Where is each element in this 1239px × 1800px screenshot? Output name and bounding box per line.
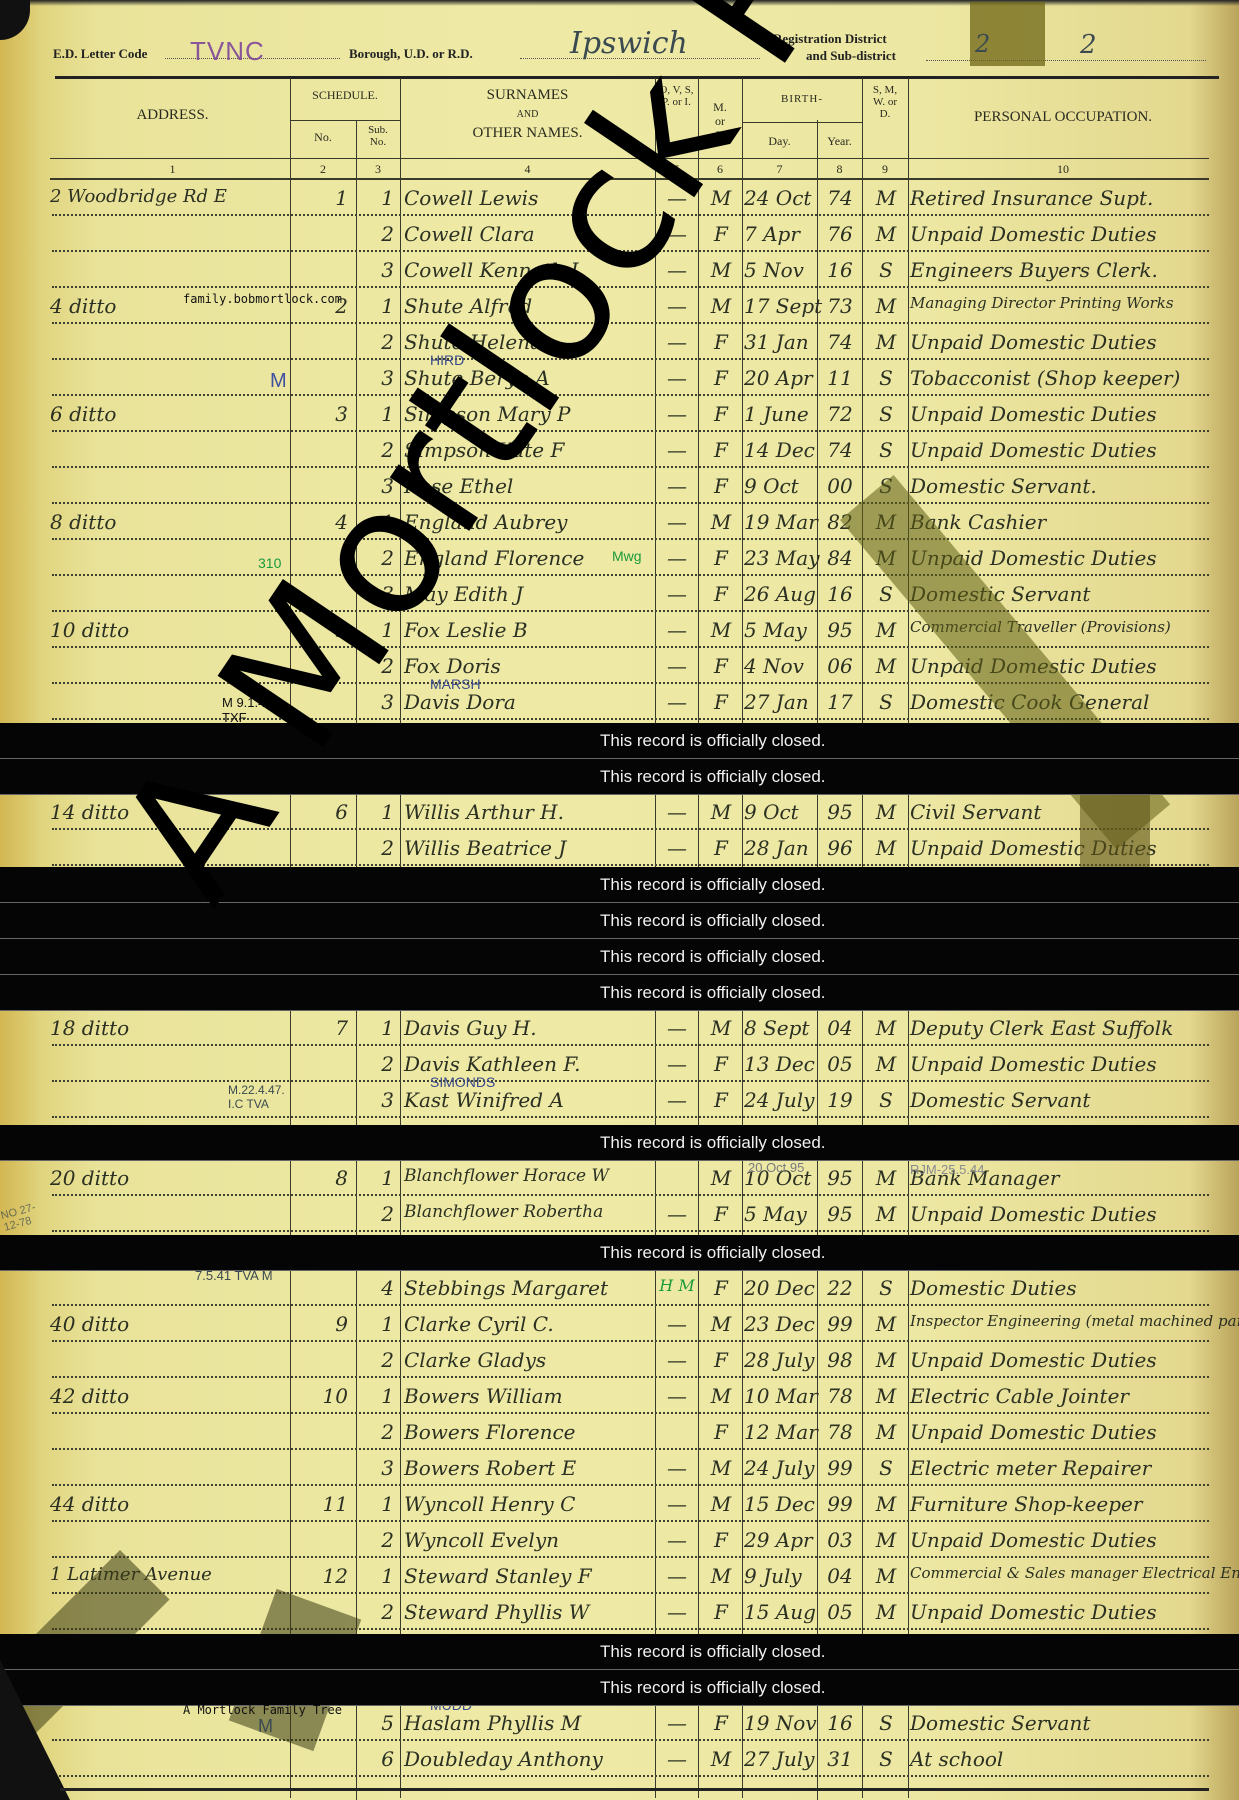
table-row: 42 ditto101Bowers William—M10 Mar78MElec…	[0, 1378, 1239, 1414]
cell-sex: F	[700, 582, 742, 606]
cell-no: 10	[292, 1384, 348, 1408]
col-status: S, M, W. or D.	[862, 84, 908, 120]
cell-sub: 1	[358, 1166, 394, 1190]
cell-address: 20 ditto	[50, 1166, 288, 1190]
col-sub-no-2: No.	[370, 136, 386, 148]
cell-name: Wyncoll Henry C	[404, 1492, 654, 1516]
table-row: 2England Florence—F23 May84MUnpaid Domes…	[0, 540, 1239, 576]
cell-day: 14 Dec	[744, 438, 818, 462]
reg-district-value: 2	[1080, 30, 1097, 60]
ed-letter-code-label: E.D. Letter Code	[53, 46, 147, 62]
cell-day: 24 July	[744, 1456, 818, 1480]
cell-status: S	[864, 438, 908, 462]
cell-sub: 1	[358, 1384, 394, 1408]
cell-name: Willis Beatrice J	[404, 836, 654, 860]
cell-occupation: Unpaid Domestic Duties	[910, 222, 1220, 246]
cell-day: 10 Mar	[744, 1384, 818, 1408]
cell-name: Kast Winifred A	[404, 1088, 654, 1112]
closed-record-text: This record is officially closed.	[600, 947, 826, 967]
cell-occupation: Civil Servant	[910, 800, 1220, 824]
cell-no: 7	[292, 1016, 348, 1040]
cell-sex: M	[700, 1747, 742, 1771]
margin-note: M	[258, 1716, 273, 1737]
cell-ovspi: —	[657, 1711, 697, 1735]
table-row: 20 ditto81Blanchflower Horace WM10 Oct95…	[0, 1160, 1239, 1196]
cell-sex: F	[700, 836, 742, 860]
cell-occupation: Unpaid Domestic Duties	[910, 836, 1220, 860]
watermark-url: family.bobmortlock.com	[183, 292, 342, 306]
cell-name: Fox Doris	[404, 654, 654, 678]
cell-day: 27 July	[744, 1747, 818, 1771]
cell-ovspi: —	[657, 582, 697, 606]
cell-day: 19 Nov	[744, 1711, 818, 1735]
cell-day: 28 Jan	[744, 836, 818, 860]
cell-day: 17 Sept	[744, 294, 818, 318]
cell-occupation: Domestic Servant.	[910, 474, 1220, 498]
cell-sub: 1	[358, 1492, 394, 1516]
cell-name: Davis Guy H.	[404, 1016, 654, 1040]
cell-occupation: Unpaid Domestic Duties	[910, 330, 1220, 354]
cell-occupation: Domestic Servant	[910, 1088, 1220, 1112]
cell-sub: 2	[358, 330, 394, 354]
cell-ovspi: —	[657, 510, 697, 534]
name-annotation: SIMONDS	[430, 1074, 495, 1090]
cell-sub: 1	[358, 1312, 394, 1336]
cell-occupation: Unpaid Domestic Duties	[910, 1348, 1220, 1372]
col-sub-no: Sub.No.	[356, 124, 400, 148]
cell-sub: 4	[358, 1276, 394, 1300]
cell-address: 18 ditto	[50, 1016, 288, 1040]
cell-day: 29 Apr	[744, 1528, 818, 1552]
cell-sex: F	[700, 1202, 742, 1226]
table-row: 2Simpson Kate F—F14 Dec74SUnpaid Domesti…	[0, 432, 1239, 468]
colnum-10: 10	[908, 162, 1218, 177]
row-dotted-line	[52, 1230, 1209, 1232]
cell-occupation: Retired Insurance Supt.	[910, 186, 1220, 210]
cell-day: 15 Dec	[744, 1492, 818, 1516]
cell-ovspi: —	[657, 1348, 697, 1372]
table-row: 3Rose Ethel—F9 Oct00SDomestic Servant.	[0, 468, 1239, 504]
cell-status: M	[864, 1348, 908, 1372]
table-row: 2Steward Phyllis W—F15 Aug05MUnpaid Dome…	[0, 1594, 1239, 1630]
cell-address: 2 Woodbridge Rd E	[50, 186, 288, 207]
cell-year: 74	[819, 330, 861, 354]
cell-sub: 1	[358, 1016, 394, 1040]
closed-record-text: This record is officially closed.	[600, 1642, 826, 1662]
cell-name: Stebbings Margaret	[404, 1276, 654, 1300]
row-dotted-line	[52, 1116, 1209, 1118]
col-address: ADDRESS.	[55, 108, 290, 123]
table-row: 1 Latimer Avenue121Steward Stanley F—M9 …	[0, 1558, 1239, 1594]
cell-ovspi: —	[657, 654, 697, 678]
cell-name: Haslam Phyllis M	[404, 1711, 654, 1735]
cell-status: M	[864, 1492, 908, 1516]
cell-year: 73	[819, 294, 861, 318]
cell-name: Bowers Robert E	[404, 1456, 654, 1480]
cell-occupation: Unpaid Domestic Duties	[910, 1052, 1220, 1076]
cell-occupation: Electric meter Repairer	[910, 1456, 1220, 1480]
cell-day: 4 Nov	[744, 654, 818, 678]
cell-status: S	[864, 1276, 908, 1300]
cell-name: Wyncoll Evelyn	[404, 1528, 654, 1552]
cell-occupation: Domestic Duties	[910, 1276, 1220, 1300]
cell-no: 9	[292, 1312, 348, 1336]
cell-status: M	[864, 186, 908, 210]
cell-day: 5 May	[744, 618, 818, 642]
cell-year: 16	[819, 258, 861, 282]
cell-year: 78	[819, 1384, 861, 1408]
cell-day: 9 July	[744, 1564, 818, 1588]
cell-ovspi: —	[657, 618, 697, 642]
cell-occupation: At school	[910, 1747, 1220, 1771]
cell-name: Davis Dora	[404, 690, 654, 714]
cell-ovspi: —	[657, 1747, 697, 1771]
cell-day: 23 May	[744, 546, 818, 570]
cell-name: Clarke Cyril C.	[404, 1312, 654, 1336]
cell-day: 5 May	[744, 1202, 818, 1226]
cell-status: S	[864, 258, 908, 282]
table-row: 3May Edith J—F26 Aug16SDomestic Servant	[0, 576, 1239, 612]
cell-ovspi: —	[657, 1528, 697, 1552]
cell-year: 95	[819, 800, 861, 824]
cell-sub: 2	[358, 1420, 394, 1444]
cell-sex: M	[700, 1312, 742, 1336]
margin-note: RJM-25.5.44	[910, 1162, 984, 1177]
cell-address: 1 Latimer Avenue	[50, 1564, 288, 1585]
cell-year: 22	[819, 1276, 861, 1300]
cell-day: 9 Oct	[744, 474, 818, 498]
cell-year: 04	[819, 1016, 861, 1040]
cell-no: 3	[292, 402, 348, 426]
cell-sub: 2	[358, 1202, 394, 1226]
cell-occupation: Unpaid Domestic Duties	[910, 1202, 1220, 1226]
colnum-2: 2	[290, 162, 356, 177]
cell-day: 12 Mar	[744, 1420, 818, 1444]
cell-ovspi: —	[657, 1202, 697, 1226]
cell-occupation: Commercial & Sales manager Electrical En…	[910, 1564, 1220, 1582]
cell-ovspi: —	[657, 330, 697, 354]
cell-status: M	[864, 1564, 908, 1588]
row-dotted-line	[52, 1628, 1209, 1630]
table-row: 2Clarke Gladys—F28 July98MUnpaid Domesti…	[0, 1342, 1239, 1378]
page-top-edge	[0, 0, 1239, 6]
cell-occupation: Domestic Servant	[910, 1711, 1220, 1735]
cell-sex: F	[700, 1052, 742, 1076]
cell-day: 24 Oct	[744, 186, 818, 210]
cell-sex: F	[700, 1348, 742, 1372]
cell-sex: F	[700, 1528, 742, 1552]
cell-year: 96	[819, 836, 861, 860]
cell-year: 05	[819, 1600, 861, 1624]
cell-day: 27 Jan	[744, 690, 818, 714]
cell-status: M	[864, 1528, 908, 1552]
table-row: 6Doubleday Anthony—M27 July31SAt school	[0, 1741, 1239, 1777]
cell-status: M	[864, 1016, 908, 1040]
cell-year: 03	[819, 1528, 861, 1552]
table-row: 8 ditto41England Aubrey—M19 Mar82MBank C…	[0, 504, 1239, 540]
cell-year: 95	[819, 618, 861, 642]
col-surnames-1: SURNAMES	[487, 87, 569, 103]
table-row: 3Bowers Robert E—M24 July99SElectric met…	[0, 1450, 1239, 1486]
cell-day: 9 Oct	[744, 800, 818, 824]
table-row: 10 ditto51Fox Leslie B—M5 May95MCommerci…	[0, 612, 1239, 648]
col-no: No.	[290, 130, 356, 145]
cell-no: 12	[292, 1564, 348, 1588]
closed-record-bar: This record is officially closed.	[0, 939, 1239, 975]
cell-sub: 2	[358, 1600, 394, 1624]
cell-sex: M	[700, 294, 742, 318]
borough-label: Borough, U.D. or R.D.	[349, 46, 473, 62]
closed-record-bar: This record is officially closed.	[0, 975, 1239, 1011]
cell-address: 44 ditto	[50, 1492, 288, 1516]
closed-record-bar: This record is officially closed.	[0, 1634, 1239, 1670]
cell-ovspi: H M	[657, 1276, 697, 1295]
cell-sex: M	[700, 1564, 742, 1588]
closed-record-text: This record is officially closed.	[600, 1243, 826, 1263]
cell-status: S	[864, 402, 908, 426]
cell-year: 16	[819, 1711, 861, 1735]
cell-sex: F	[700, 546, 742, 570]
cell-occupation: Electric Cable Jointer	[910, 1384, 1220, 1408]
cell-address: 8 ditto	[50, 510, 288, 534]
cell-day: 1 June	[744, 402, 818, 426]
closed-record-text: This record is officially closed.	[600, 983, 826, 1003]
cell-sub: 3	[358, 1088, 394, 1112]
cell-sex: F	[700, 1711, 742, 1735]
cell-status: S	[864, 1747, 908, 1771]
cell-occupation: Managing Director Printing Works	[910, 294, 1220, 312]
cell-ovspi: —	[657, 402, 697, 426]
cell-day: 7 Apr	[744, 222, 818, 246]
cell-year: 06	[819, 654, 861, 678]
cell-year: 98	[819, 1348, 861, 1372]
reg-district-dotline	[926, 60, 1206, 61]
cell-sex: M	[700, 510, 742, 534]
row-dotted-line	[52, 1775, 1209, 1777]
cell-sex: F	[700, 474, 742, 498]
cell-sub: 1	[358, 1564, 394, 1588]
cell-name: Davis Kathleen F.	[404, 1052, 654, 1076]
cell-no: 1	[292, 186, 348, 210]
cell-sex: M	[700, 1456, 742, 1480]
cell-status: S	[864, 1088, 908, 1112]
cell-status: M	[864, 1384, 908, 1408]
cell-year: 74	[819, 438, 861, 462]
closed-record-text: This record is officially closed.	[600, 1133, 826, 1153]
cell-year: 72	[819, 402, 861, 426]
cell-sex: F	[700, 690, 742, 714]
cell-status: M	[864, 1420, 908, 1444]
ed-letter-code-stamp: TVNC	[190, 36, 265, 67]
cell-name: Doubleday Anthony	[404, 1747, 654, 1771]
table-row: 18 ditto71Davis Guy H.—M8 Sept04MDeputy …	[0, 1010, 1239, 1046]
margin-note: M	[270, 370, 287, 393]
cell-ovspi: —	[657, 1492, 697, 1516]
cell-year: 19	[819, 1088, 861, 1112]
cell-year: 95	[819, 1166, 861, 1190]
colnum-3: 3	[356, 162, 400, 177]
cell-year: 76	[819, 222, 861, 246]
schedule-subline	[290, 120, 400, 121]
col-year: Year.	[817, 134, 862, 149]
closed-record-text: This record is officially closed.	[600, 911, 826, 931]
cell-status: M	[864, 836, 908, 860]
col-schedule: SCHEDULE.	[290, 88, 400, 103]
cell-sub: 2	[358, 1348, 394, 1372]
cell-address: 6 ditto	[50, 402, 288, 426]
cell-ovspi: —	[657, 1564, 697, 1588]
cell-year: 99	[819, 1456, 861, 1480]
cell-year: 04	[819, 1564, 861, 1588]
cell-ovspi: —	[657, 1600, 697, 1624]
cell-sex: F	[700, 1276, 742, 1300]
census-page: E.D. Letter Code TVNC Borough, U.D. or R…	[0, 0, 1239, 1800]
cell-sub: 3	[358, 258, 394, 282]
cell-sex: M	[700, 1016, 742, 1040]
col-surnames-2: AND	[517, 109, 539, 120]
colnum-8: 8	[817, 162, 862, 177]
cell-sub: 5	[358, 1711, 394, 1735]
cell-day: 28 July	[744, 1348, 818, 1372]
cell-ovspi: —	[657, 1052, 697, 1076]
cell-sub: 2	[358, 1052, 394, 1076]
cell-name: Steward Stanley F	[404, 1564, 654, 1588]
page-corner	[0, 1660, 70, 1800]
cell-status: M	[864, 1312, 908, 1336]
closed-record-text: This record is officially closed.	[600, 767, 826, 787]
table-row: 2Bowers FlorenceF12 Mar78MUnpaid Domesti…	[0, 1414, 1239, 1450]
page-corner	[0, 0, 30, 40]
cell-ovspi: —	[657, 1312, 697, 1336]
closed-record-bar: This record is officially closed.	[0, 1670, 1239, 1706]
cell-year: 99	[819, 1492, 861, 1516]
cell-year: 16	[819, 582, 861, 606]
cell-ovspi: —	[657, 1456, 697, 1480]
cell-sex: F	[700, 402, 742, 426]
cell-year: 84	[819, 546, 861, 570]
cell-sex: F	[700, 438, 742, 462]
name-annotation: Mwg	[612, 548, 642, 564]
cell-day: 8 Sept	[744, 1016, 818, 1040]
cell-day: 20 Dec	[744, 1276, 818, 1300]
cell-no: 8	[292, 1166, 348, 1190]
cell-sub: 2	[358, 1528, 394, 1552]
cell-occupation: Tobacconist (Shop keeper)	[910, 366, 1220, 390]
closed-record-bar: This record is officially closed.	[0, 1125, 1239, 1161]
cell-day: 23 Dec	[744, 1312, 818, 1336]
closed-record-bar: This record is officially closed.	[0, 1235, 1239, 1271]
cell-occupation: Unpaid Domestic Duties	[910, 402, 1220, 426]
cell-year: 05	[819, 1052, 861, 1076]
cell-status: S	[864, 1711, 908, 1735]
cell-day: 19 Mar	[744, 510, 818, 534]
cell-sex: F	[700, 366, 742, 390]
cell-sub: 1	[358, 800, 394, 824]
name-annotation: MARSH	[430, 676, 481, 692]
cell-address: 42 ditto	[50, 1384, 288, 1408]
cell-sex: F	[700, 1420, 742, 1444]
cell-sex: M	[700, 800, 742, 824]
table-row: 2Blanchflower Robertha—F5 May95MUnpaid D…	[0, 1196, 1239, 1232]
cell-name: Willis Arthur H.	[404, 800, 654, 824]
cell-name: Blanchflower Robertha	[404, 1202, 654, 1222]
cell-sex: F	[700, 654, 742, 678]
cell-status: S	[864, 690, 908, 714]
cell-status: M	[864, 330, 908, 354]
margin-note: 20 Oct 95	[748, 1160, 804, 1175]
cell-occupation: Engineers Buyers Clerk.	[910, 258, 1220, 282]
colnum-1: 1	[55, 162, 290, 177]
cell-status: S	[864, 366, 908, 390]
cell-status: M	[864, 1600, 908, 1624]
cell-address: 40 ditto	[50, 1312, 288, 1336]
footer-rule	[60, 1788, 1209, 1791]
cell-name: Clarke Gladys	[404, 1348, 654, 1372]
watermark-footer: A Mortlock Family Tree	[183, 1703, 342, 1717]
margin-note: M.22.4.47. I.C TVA	[228, 1083, 303, 1111]
cell-sex: M	[700, 618, 742, 642]
cell-status: M	[864, 1052, 908, 1076]
cell-ovspi: —	[657, 1088, 697, 1112]
table-row: 6 ditto31Simpson Mary P—F1 June72SUnpaid…	[0, 396, 1239, 432]
cell-day: 31 Jan	[744, 330, 818, 354]
cell-sub: 1	[358, 294, 394, 318]
cell-ovspi: —	[657, 1016, 697, 1040]
cell-ovspi: —	[657, 366, 697, 390]
cell-occupation: Furniture Shop-keeper	[910, 1492, 1220, 1516]
cell-ovspi: —	[657, 1384, 697, 1408]
table-row: 3Kast Winifred A—F24 July19SDomestic Ser…	[0, 1082, 1239, 1118]
cell-year: 74	[819, 186, 861, 210]
cell-status: S	[864, 1456, 908, 1480]
cell-year: 11	[819, 366, 861, 390]
cell-sub: 1	[358, 186, 394, 210]
cell-occupation: Unpaid Domestic Duties	[910, 438, 1220, 462]
table-row: 2Davis Kathleen F.—F13 Dec05MUnpaid Dome…	[0, 1046, 1239, 1082]
cell-day: 26 Aug	[744, 582, 818, 606]
cell-status: M	[864, 294, 908, 318]
cell-occupation: Unpaid Domestic Duties	[910, 1528, 1220, 1552]
cell-sex: F	[700, 1088, 742, 1112]
cell-sex: M	[700, 1166, 742, 1190]
table-row: 2Wyncoll Evelyn—F29 Apr03MUnpaid Domesti…	[0, 1522, 1239, 1558]
cell-status: M	[864, 800, 908, 824]
cell-sex: F	[700, 1600, 742, 1624]
cell-ovspi: —	[657, 546, 697, 570]
closed-record-text: This record is officially closed.	[600, 875, 826, 895]
cell-year: 99	[819, 1312, 861, 1336]
cell-status: M	[864, 1166, 908, 1190]
cell-status: M	[864, 222, 908, 246]
cell-sub: 2	[358, 222, 394, 246]
cell-name: Blanchflower Horace W	[404, 1166, 654, 1186]
cell-status: M	[864, 618, 908, 642]
cell-sex: M	[700, 258, 742, 282]
cell-day: 24 July	[744, 1088, 818, 1112]
closed-record-text: This record is officially closed.	[600, 1678, 826, 1698]
cell-year: 31	[819, 1747, 861, 1771]
col-sub-no-1: Sub.	[368, 124, 388, 136]
cell-day: 15 Aug	[744, 1600, 818, 1624]
cell-status: M	[864, 654, 908, 678]
cell-status: M	[864, 1202, 908, 1226]
cell-sub: 3	[358, 1456, 394, 1480]
cell-ovspi: —	[657, 474, 697, 498]
cell-day: 13 Dec	[744, 1052, 818, 1076]
col-occupation: PERSONAL OCCUPATION.	[908, 110, 1218, 125]
cell-sub: 2	[358, 836, 394, 860]
cell-sex: M	[700, 1492, 742, 1516]
